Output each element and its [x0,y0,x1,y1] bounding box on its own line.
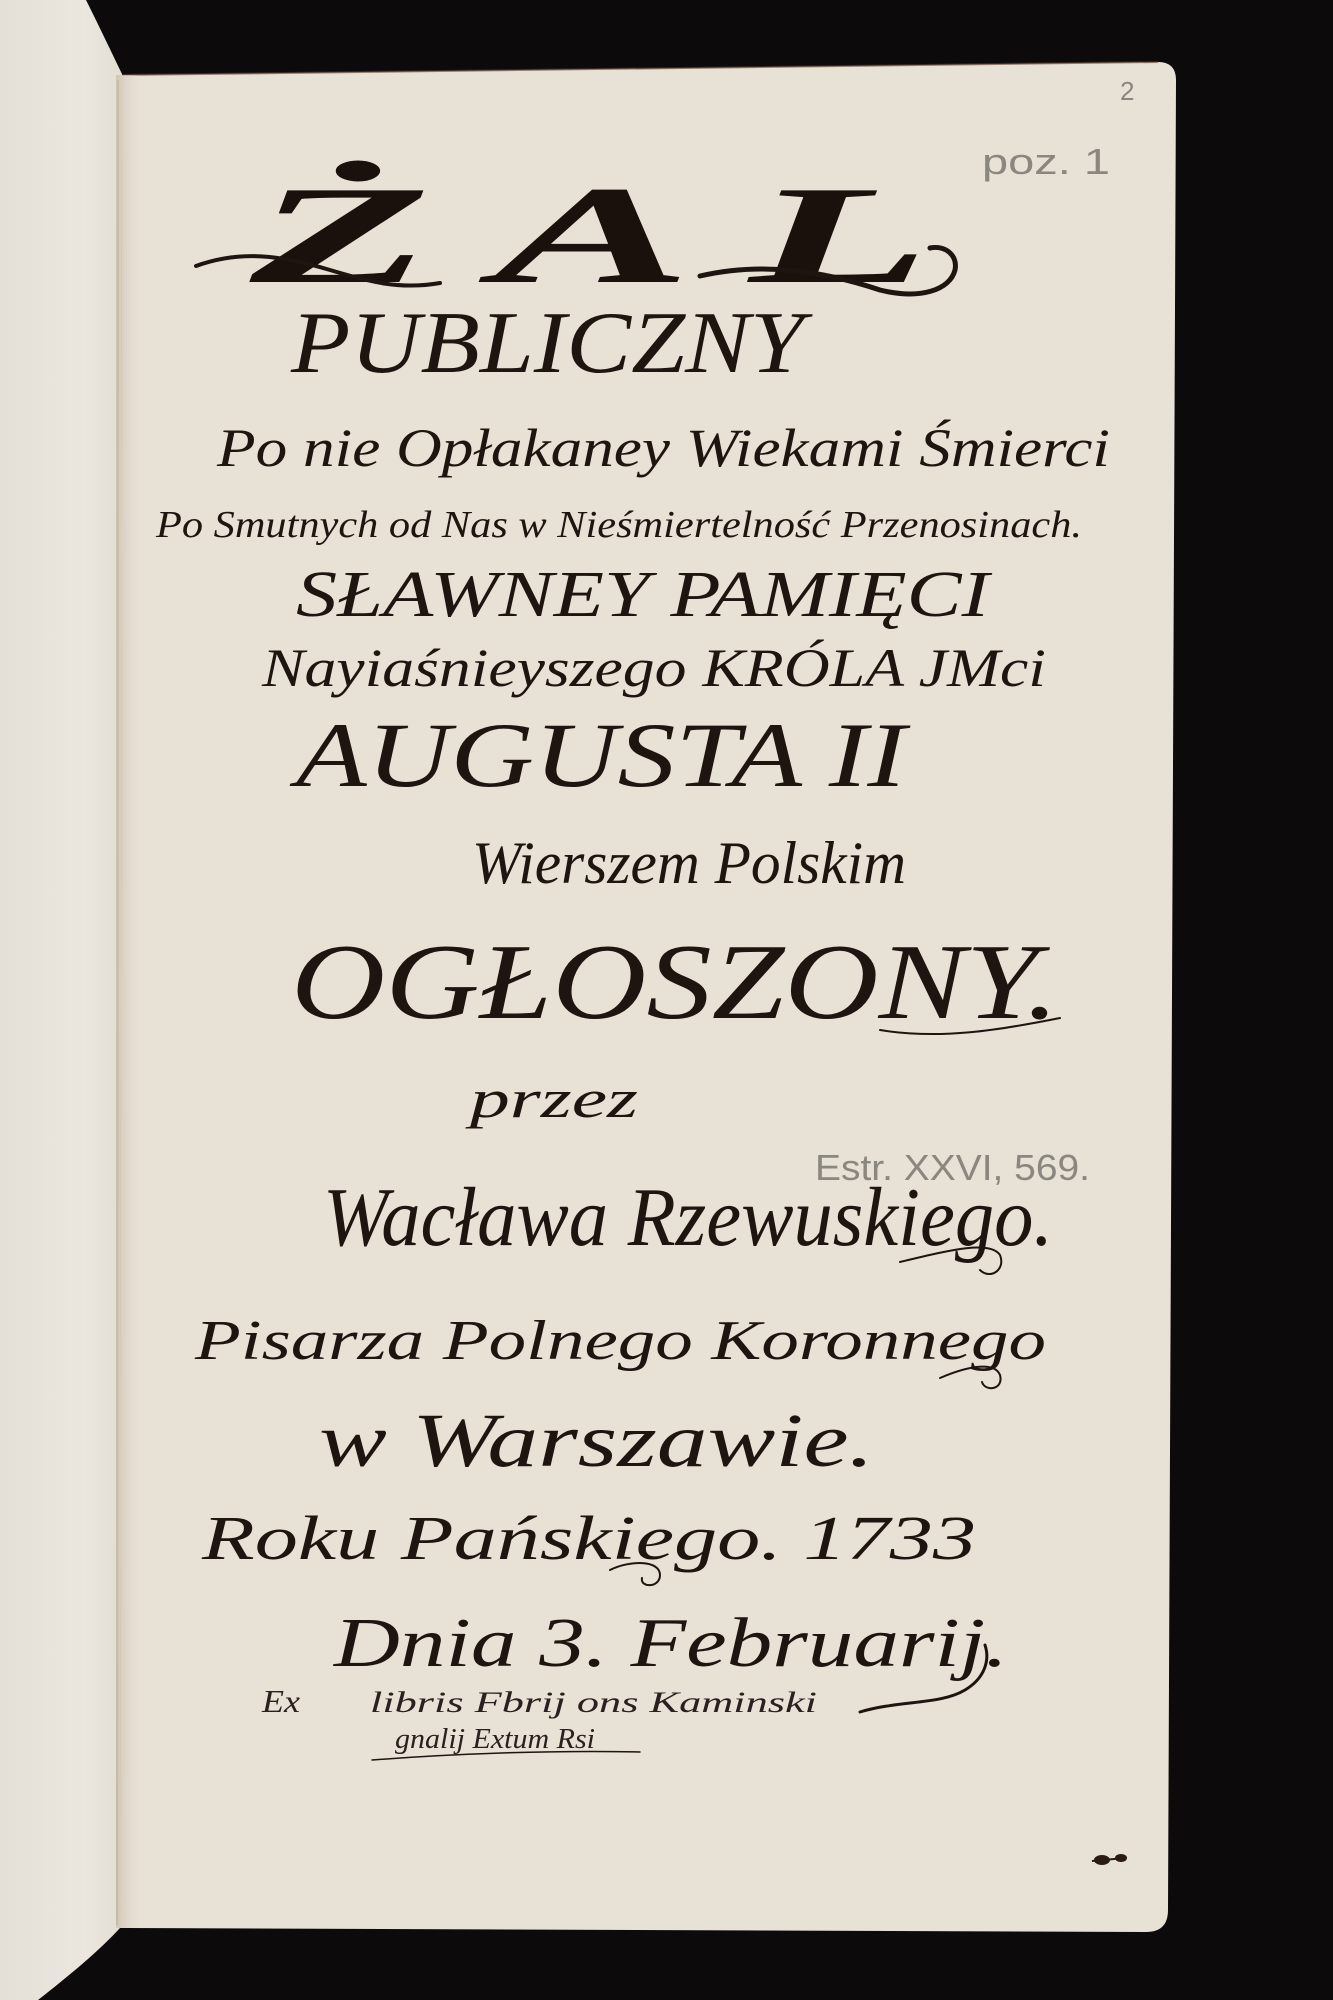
title-wierszem-polskim: Wierszem Polskim [472,830,906,896]
pencil-position-label: poz. 1 [982,141,1110,182]
pencil-page-number: 2 [1120,76,1134,106]
place-warszawa: w Warszawie. [319,1399,874,1483]
title-publiczny: PUBLICZNY [290,295,813,392]
date-line: Dnia 3. Februarij. [333,1605,1008,1682]
year-line: Roku Pańskiego. 1733 [201,1505,976,1573]
gutter-shadow [116,75,142,1928]
title-krola: Nayiaśnieyszego KRÓLA JMci [261,638,1046,698]
author-office: Pisarza Polnego Koronnego [194,1310,1046,1372]
ownership-note-prefix: Ex [261,1683,300,1719]
title-augusta: AUGUSTA II [288,704,911,806]
subtitle-line-1: Po nie Opłakaney Wiekami Śmierci [216,418,1110,478]
author-name: Wacława Rzewuskiego. [323,1171,1053,1264]
title-zal: Ż A L [248,158,930,313]
gutter-fold [117,80,118,1925]
title-slawney-pamieci: SŁAWNEY PAMIĘCI [296,558,993,631]
manuscript-scene: 2 poz. 1 Estr. XXVI, 569. Ż A L PUBLICZN… [0,0,1333,2000]
subtitle-line-2: Po Smutnych od Nas w Nieśmiertelność Prz… [155,504,1082,546]
title-ogloszony: OGŁOSZONY. [291,923,1059,1042]
title-przez: przez [464,1069,638,1129]
ownership-note-line-1: libris Fbrij ons Kaminski [370,1686,817,1719]
left-page-edge [0,0,122,2000]
ownership-note-line-2: gnalij Extum Rsi [395,1724,595,1755]
